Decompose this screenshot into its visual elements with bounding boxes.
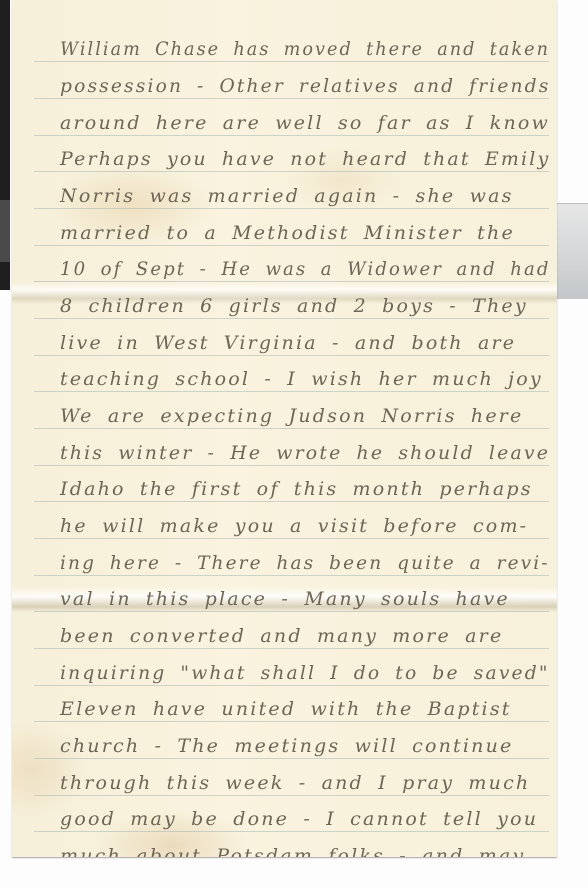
letter-line: 8 children 6 girls and 2 boys - They: [60, 294, 528, 318]
scanned-letter-page: William Chase has moved there and taken …: [0, 0, 588, 888]
letter-line: ing here - There has been quite a revi-: [60, 551, 550, 575]
letter-line: he will make you a visit before com-: [60, 514, 528, 538]
ruled-line: [34, 391, 549, 392]
ruled-line: [34, 685, 549, 686]
ruled-line: [34, 355, 549, 356]
letter-line: around here are well so far as I know: [60, 111, 550, 135]
ruled-line: [34, 428, 549, 429]
letter-line: church - The meetings will continue: [60, 734, 513, 758]
letter-line: much about Potsdam folks - and may: [60, 844, 525, 857]
ruled-line: [34, 171, 549, 172]
ruled-line: [34, 795, 549, 796]
letter-line: inquiring "what shall I do to be saved": [60, 661, 550, 685]
ruled-line: [34, 721, 549, 722]
letter-line: teaching school - I wish her much joy: [60, 367, 543, 391]
ruled-line: [34, 245, 549, 246]
letter-line: 10 of Sept - He was a Widower and had: [60, 257, 550, 281]
letter-line: possession - Other relatives and friends: [60, 74, 550, 98]
letter-line: Perhaps you have not heard that Emily: [60, 147, 550, 171]
scan-right-edge-line: [556, 203, 588, 204]
ruled-line: [34, 648, 549, 649]
letter-line: good may be done - I cannot tell you: [60, 807, 538, 831]
scan-right-edge-band: [556, 203, 588, 299]
ruled-line: [34, 465, 549, 466]
letter-line: Norris was married again - she was: [60, 184, 514, 208]
scan-left-edge-gap: [0, 200, 10, 262]
letter-line: Eleven have united with the Baptist: [60, 697, 512, 721]
letter-line: We are expecting Judson Norris here: [60, 404, 524, 428]
letter-line: Idaho the first of this month perhaps: [60, 477, 533, 501]
letter-line: through this week - and I pray much: [60, 771, 530, 795]
ruled-line: [34, 501, 549, 502]
ruled-line: [34, 538, 549, 539]
ruled-line: [34, 98, 549, 99]
letter-line: val in this place - Many souls have: [60, 587, 510, 611]
letter-paper: William Chase has moved there and taken …: [12, 0, 557, 857]
letter-line: this winter - He wrote he should leave: [60, 441, 550, 465]
letter-line: live in West Virginia - and both are: [60, 331, 516, 355]
letter-line: married to a Methodist Minister the: [60, 221, 515, 245]
ruled-line: [34, 758, 549, 759]
ruled-line: [34, 318, 549, 319]
ruled-line: [34, 208, 549, 209]
letter-line: William Chase has moved there and taken: [60, 37, 550, 61]
ruled-line: [34, 135, 549, 136]
ruled-line: [34, 575, 549, 576]
letter-line: been converted and many more are: [60, 624, 503, 648]
ruled-line: [34, 61, 549, 62]
ruled-line: [34, 831, 549, 832]
